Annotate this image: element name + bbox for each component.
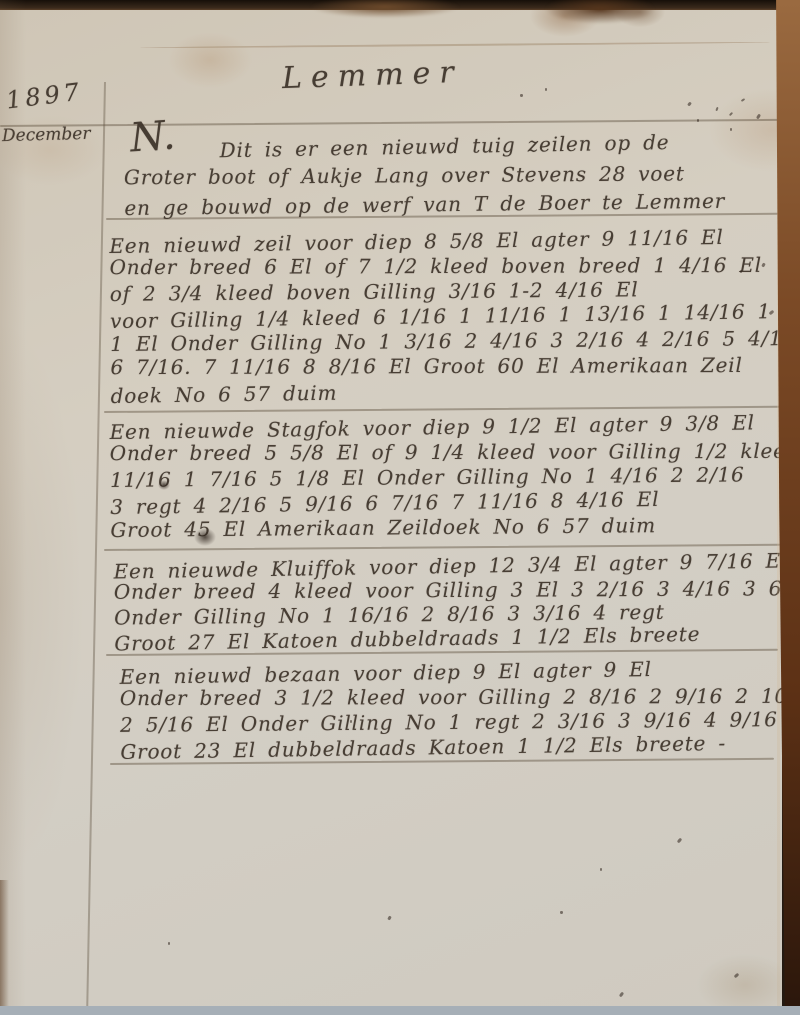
ink-blot — [158, 480, 170, 490]
ink-speck — [520, 94, 523, 97]
ink-speck — [387, 916, 392, 921]
entry-stagfok: Een nieuwde Stagfok voor diep 9 1/2 El a… — [109, 412, 786, 543]
ink-speck — [350, 720, 352, 723]
ink-speck — [741, 98, 745, 102]
ink-speck — [715, 107, 718, 111]
book-left-edge — [0, 880, 9, 1006]
ink-speck — [168, 942, 170, 945]
ink-speck — [677, 838, 683, 844]
margin-line-vertical — [86, 82, 106, 1014]
entry-bezaan: Een nieuwd bezaan voor diep 9 El agter 9… — [120, 657, 785, 763]
handwritten-line: Onder breed 3 1/2 kleed voor Gilling 2 8… — [120, 684, 784, 711]
entry-intro: Dit is er een nieuwd tuig zeilen op deGr… — [123, 128, 786, 223]
paper-crease — [140, 41, 770, 48]
ink-speck — [560, 911, 563, 914]
ink-speck — [740, 270, 742, 273]
ink-speck — [687, 102, 692, 107]
handwritten-line: Onder breed 5 5/8 El of 9 1/4 kleed voor… — [110, 439, 786, 466]
ink-speck — [619, 992, 624, 998]
handwritten-line: Onder breed 4 kleed voor Gilling 3 El 3 … — [114, 576, 784, 604]
ink-speck — [730, 128, 732, 131]
paper-page: Lemmer 1897 December N. Dit is er een ni… — [0, 8, 782, 1006]
ink-blot — [194, 528, 216, 546]
page-title: Lemmer — [281, 55, 463, 96]
handwritten-line: Groter boot of Aukje Lang over Stevens 2… — [124, 159, 786, 193]
ink-speck — [697, 119, 699, 122]
entry-groot-zeil: Een nieuwd zeil voor diep 8 5/8 El agter… — [109, 226, 787, 407]
ink-speck — [729, 112, 733, 116]
entry-kluiffok: Een nieuwde Kluiffok voor diep 12 3/4 El… — [114, 550, 785, 653]
ink-speck — [600, 868, 602, 871]
handwritten-line: Onder breed 6 El of 7 1/2 kleed boven br… — [110, 253, 786, 280]
ruled-line-horizontal — [0, 119, 780, 127]
ink-speck — [545, 88, 547, 91]
left-edge-shadow — [0, 0, 26, 1015]
ink-speck — [734, 973, 740, 979]
ledger-page-photo: Lemmer 1897 December N. Dit is er een ni… — [0, 0, 800, 1015]
table-surface-strip — [0, 1006, 800, 1015]
